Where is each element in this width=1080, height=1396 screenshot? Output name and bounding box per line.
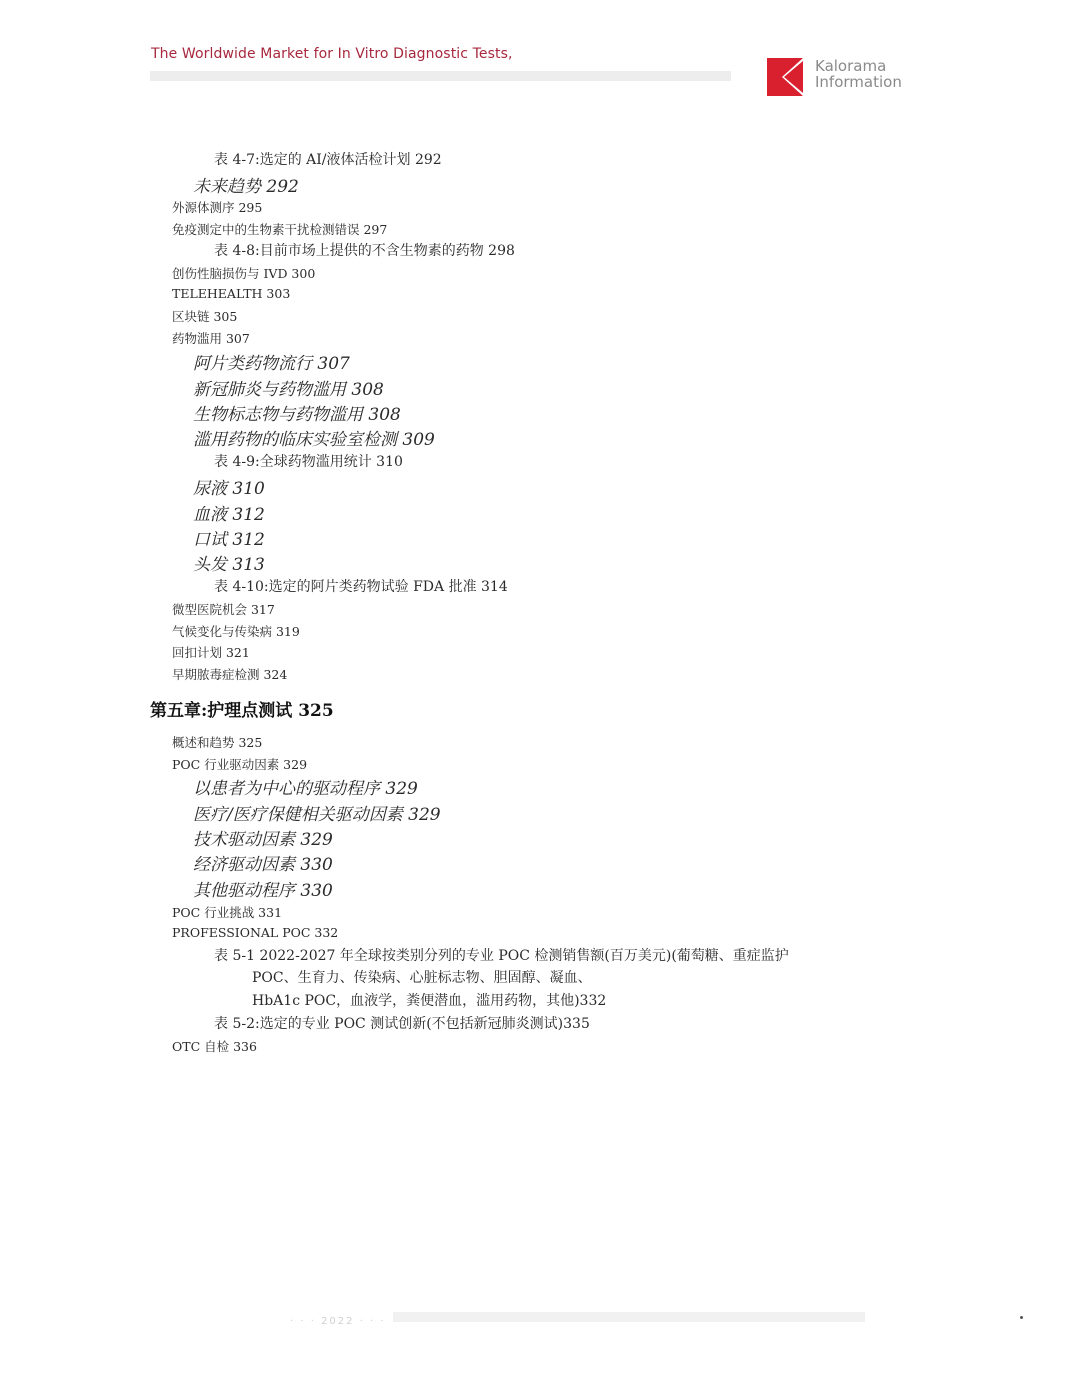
logo-line-1: Kalorama bbox=[815, 58, 902, 74]
toc-entry-biotin-interference[interactable]: 免疫测定中的生物素干扰检测错误 297 bbox=[172, 220, 387, 238]
logo-wordmark: Kalorama Information bbox=[815, 58, 902, 90]
toc-entry-table-5-1-continuation-2: HbA1c POC，血液学，粪便潜血，滥用药物，其他)332 bbox=[252, 990, 606, 1010]
toc-entry-table-4-9[interactable]: 表 4-9:全球药物滥用统计 310 bbox=[214, 451, 403, 471]
toc-entry-drug-abuse[interactable]: 药物滥用 307 bbox=[172, 329, 250, 347]
toc-entry-table-5-1-continuation-1: POC、生育力、传染病、心脏标志物、胆固醇、凝血、 bbox=[252, 967, 592, 987]
toc-entry-other-drivers[interactable]: 其他驱动程序 330 bbox=[193, 876, 333, 901]
toc-entry-table-4-7[interactable]: 表 4-7:选定的 AI/液体活检计划 292 bbox=[214, 149, 442, 169]
toc-entry-technology-drivers[interactable]: 技术驱动因素 329 bbox=[193, 825, 333, 850]
toc-entry-micro-hospital[interactable]: 微型医院机会 317 bbox=[172, 600, 275, 618]
toc-entry-covid-drug-abuse[interactable]: 新冠肺炎与药物滥用 308 bbox=[193, 375, 384, 400]
header-divider-bar bbox=[150, 71, 731, 81]
toc-chapter-5-heading[interactable]: 第五章:护理点测试 325 bbox=[150, 696, 334, 721]
toc-entry-oral[interactable]: 口试 312 bbox=[193, 525, 265, 550]
toc-entry-healthcare-drivers[interactable]: 医疗/医疗保健相关驱动因素 329 bbox=[193, 800, 441, 825]
toc-entry-table-4-10[interactable]: 表 4-10:选定的阿片类药物试验 FDA 批准 314 bbox=[214, 576, 508, 596]
kalorama-k-logo-icon bbox=[767, 58, 803, 96]
document-header-title: The Worldwide Market for In Vitro Diagno… bbox=[151, 46, 513, 62]
toc-entry-urine[interactable]: 尿液 310 bbox=[193, 474, 265, 499]
toc-entry-table-5-2[interactable]: 表 5-2:选定的专业 POC 测试创新(不包括新冠肺炎测试)335 bbox=[214, 1013, 590, 1033]
kalorama-logo: Kalorama Information bbox=[767, 58, 907, 98]
toc-entry-economic-drivers[interactable]: 经济驱动因素 330 bbox=[193, 850, 333, 875]
toc-entry-poc-drivers[interactable]: POC 行业驱动因素 329 bbox=[172, 755, 307, 773]
toc-entry-hair[interactable]: 头发 313 bbox=[193, 550, 265, 575]
footer-divider-bar bbox=[393, 1312, 865, 1322]
toc-entry-climate-change[interactable]: 气候变化与传染病 319 bbox=[172, 622, 300, 640]
toc-entry-telehealth[interactable]: TELEHEALTH 303 bbox=[172, 286, 290, 301]
toc-entry-tbi-ivd[interactable]: 创伤性脑损伤与 IVD 300 bbox=[172, 264, 315, 282]
toc-entry-otc-self-test[interactable]: OTC 自检 336 bbox=[172, 1037, 257, 1055]
toc-entry-biomarkers-drug-abuse[interactable]: 生物标志物与药物滥用 308 bbox=[193, 400, 401, 425]
toc-entry-early-sepsis[interactable]: 早期脓毒症检测 324 bbox=[172, 665, 287, 683]
logo-line-2: Information bbox=[815, 74, 902, 90]
toc-entry-rebate-program[interactable]: 回扣计划 321 bbox=[172, 643, 250, 661]
footer-faded-text: · · · 2022 · · · bbox=[290, 1316, 386, 1327]
toc-entry-table-5-1[interactable]: 表 5-1 2022-2027 年全球按类别分列的专业 POC 检测销售额(百万… bbox=[214, 945, 789, 965]
footer-dot-mark bbox=[1020, 1316, 1023, 1319]
toc-entry-blood[interactable]: 血液 312 bbox=[193, 500, 265, 525]
toc-entry-overview-trends[interactable]: 概述和趋势 325 bbox=[172, 733, 262, 751]
toc-entry-opioid-epidemic[interactable]: 阿片类药物流行 307 bbox=[193, 349, 350, 374]
toc-entry-poc-challenges[interactable]: POC 行业挑战 331 bbox=[172, 903, 282, 921]
toc-entry-exosome-sequencing[interactable]: 外源体测序 295 bbox=[172, 198, 262, 216]
toc-entry-blockchain[interactable]: 区块链 305 bbox=[172, 307, 237, 325]
toc-entry-patient-centric-drivers[interactable]: 以患者为中心的驱动程序 329 bbox=[193, 774, 418, 799]
toc-entry-future-trends[interactable]: 未来趋势 292 bbox=[193, 172, 299, 197]
toc-entry-professional-poc[interactable]: PROFESSIONAL POC 332 bbox=[172, 925, 338, 940]
toc-entry-table-4-8[interactable]: 表 4-8:目前市场上提供的不含生物素的药物 298 bbox=[214, 240, 515, 260]
toc-entry-clinical-lab-testing[interactable]: 滥用药物的临床实验室检测 309 bbox=[193, 425, 435, 450]
